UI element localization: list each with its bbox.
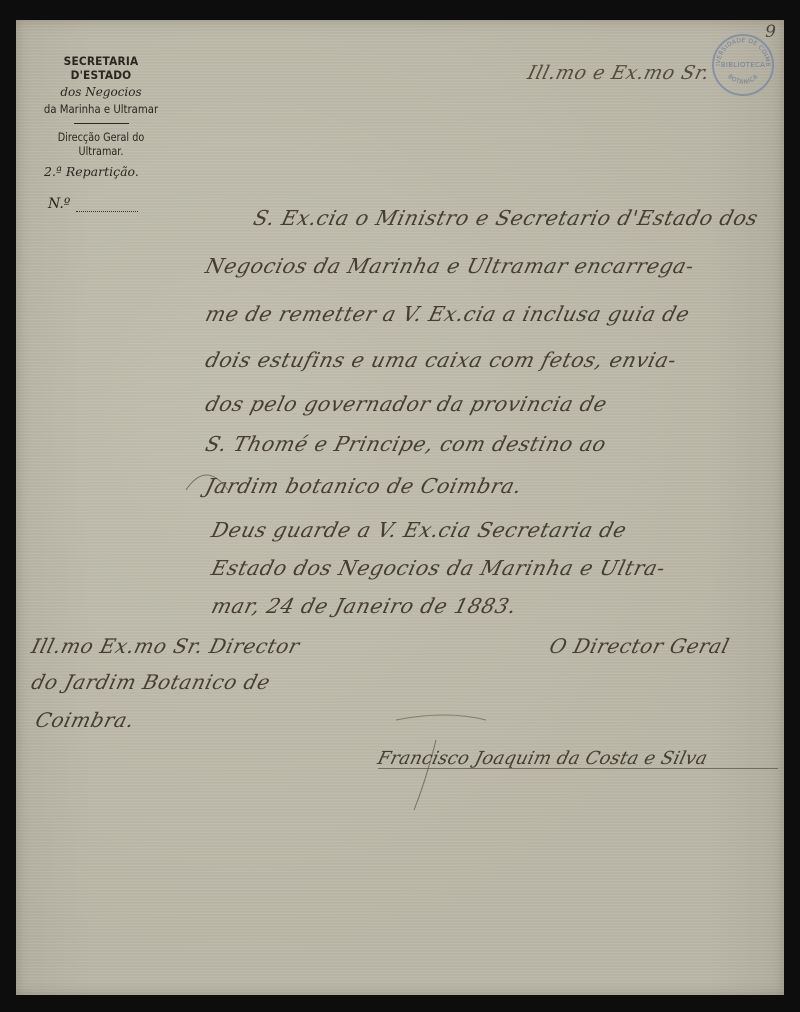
stamp-center-text: BIBLIOTECA: [721, 61, 766, 69]
body-line: me de remetter a V. Ex.cia a inclusa gui…: [203, 302, 692, 326]
body-line: Jardim botanico de Coimbra.: [203, 474, 525, 498]
body-line: S. Thomé e Principe, com destino ao: [203, 432, 609, 456]
body-line: dos pelo governador da provincia de: [203, 392, 610, 416]
closing-line: Estado dos Negocios da Marinha e Ultra-: [209, 556, 668, 580]
letterhead-section: 2.ª Repartição.: [26, 164, 176, 179]
body-line: dois estufins e uma caixa com fetos, env…: [203, 348, 679, 372]
letterhead-divider: [74, 123, 129, 124]
letterhead-directorate: Direcção Geral do Ultramar.: [38, 130, 164, 158]
letter-page: SECRETARIA D'ESTADO dos Negocios da Mari…: [16, 20, 784, 995]
letterhead-subtitle: dos Negocios: [26, 85, 176, 99]
letterhead-number-field: N.º: [48, 196, 138, 212]
stamp-bottom-text: BOTANICA: [726, 73, 760, 86]
library-stamp: UNIVERSIDADE DE COIMBRA BOTANICA BIBLIOT…: [712, 34, 774, 96]
letterhead-ministry: SECRETARIA D'ESTADO: [32, 54, 170, 82]
addressee-line: Ill.mo Ex.mo Sr. Director: [29, 634, 302, 658]
body-line: S. Ex.cia o Ministro e Secretario d'Esta…: [251, 206, 761, 230]
addressee-line: do Jardim Botanico de: [29, 670, 273, 694]
svg-text:BOTANICA: BOTANICA: [726, 73, 760, 86]
addressee-line: Coimbra.: [33, 708, 137, 732]
signature-title: O Director Geral: [547, 634, 732, 658]
body-line: Negocios da Marinha e Ultramar encarrega…: [203, 254, 697, 278]
number-blank-line: [76, 211, 138, 212]
signature-strike-line: [378, 768, 778, 769]
letterhead: SECRETARIA D'ESTADO dos Negocios da Mari…: [26, 30, 176, 179]
letterhead-department: da Marinha e Ultramar: [35, 102, 167, 116]
signature: Francisco Joaquim da Costa e Silva: [375, 748, 709, 769]
number-label: N.º: [48, 196, 70, 212]
closing-line: mar, 24 de Janeiro de 1883.: [209, 594, 519, 618]
closing-line: Deus guarde a V. Ex.cia Secretaria de: [209, 518, 629, 542]
salutation: Ill.mo e Ex.mo Sr.: [525, 62, 712, 84]
